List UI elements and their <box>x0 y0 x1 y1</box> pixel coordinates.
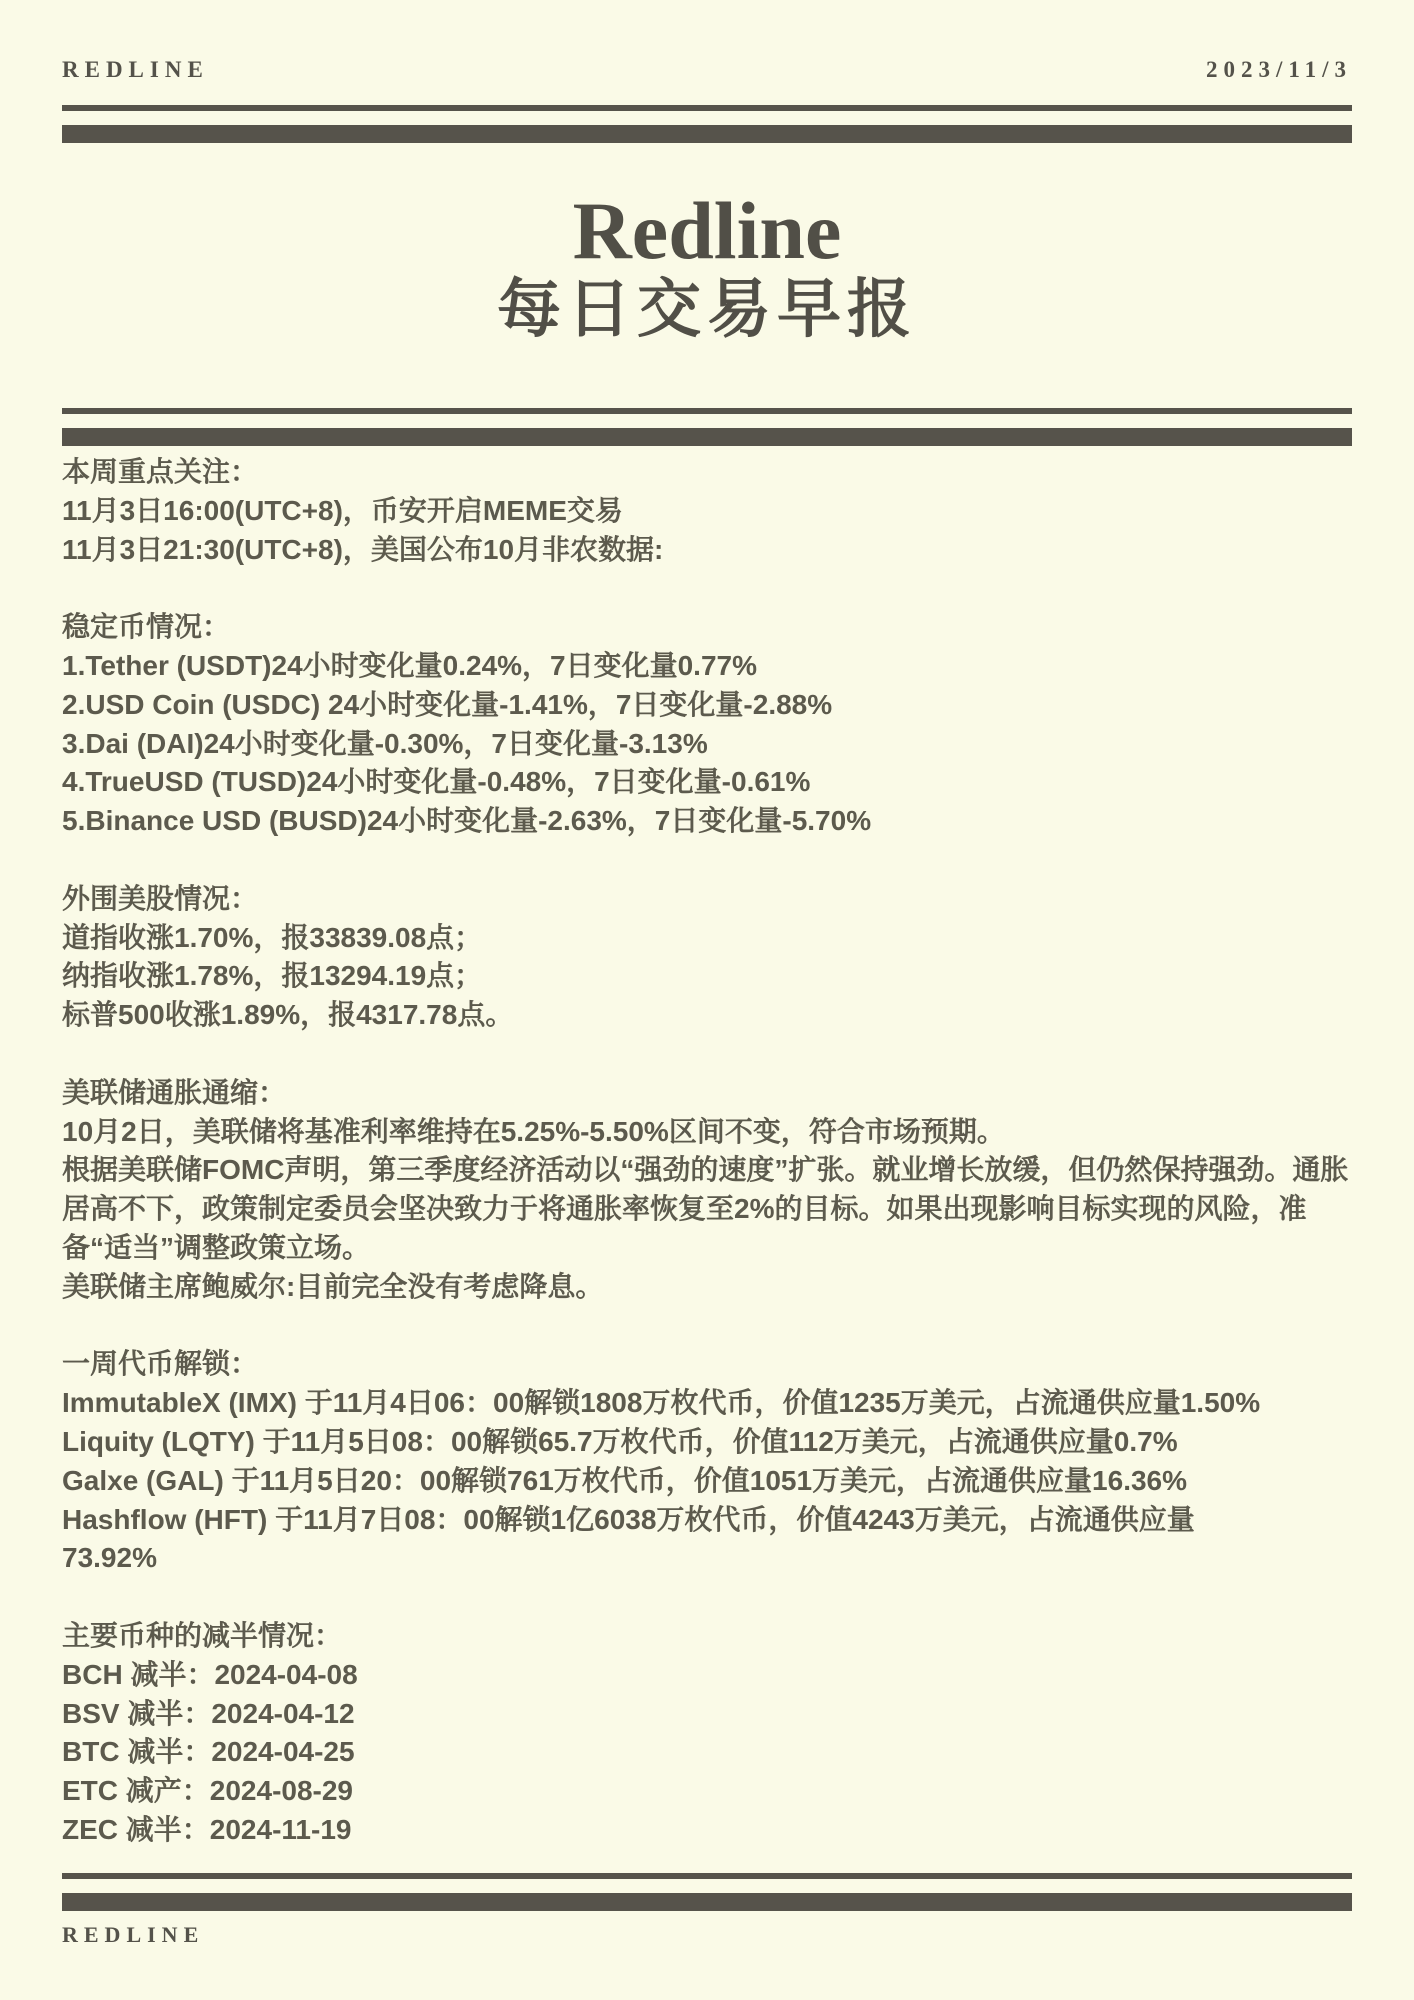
page-title-en: Redline <box>62 189 1352 273</box>
report-line: BTC 减半：2024-04-25 <box>62 1733 1352 1772</box>
section-us-stocks: 外围美股情况： 道指收涨1.70%，报33839.08点； 纳指收涨1.78%，… <box>62 880 1352 1035</box>
report-line: ETC 减产：2024-08-29 <box>62 1772 1352 1811</box>
section-heading: 美联储通胀通缩： <box>62 1074 1352 1113</box>
report-line: 4.TrueUSD (TUSD)24小时变化量-0.48%，7日变化量-0.61… <box>62 763 1352 802</box>
report-line: 纳指收涨1.78%，报13294.19点； <box>62 957 1352 996</box>
report-line: 10月2日，美联储将基准利率维持在5.25%-5.50%区间不变，符合市场预期。 <box>62 1113 1352 1152</box>
report-page: REDLINE 2023/11/3 Redline 每日交易早报 本周重点关注：… <box>0 0 1414 2000</box>
footer-divider-thin-rule <box>62 1873 1352 1879</box>
report-line: 2.USD Coin (USDC) 24小时变化量-1.41%，7日变化量-2.… <box>62 686 1352 725</box>
top-divider-thick-rule <box>62 125 1352 143</box>
footer: REDLINE <box>62 1873 1352 1947</box>
section-heading: 主要币种的减半情况： <box>62 1617 1352 1656</box>
report-line: 1.Tether (USDT)24小时变化量0.24%，7日变化量0.77% <box>62 647 1352 686</box>
report-line: BSV 减半：2024-04-12 <box>62 1695 1352 1734</box>
section-fed: 美联储通胀通缩： 10月2日，美联储将基准利率维持在5.25%-5.50%区间不… <box>62 1074 1352 1307</box>
section-halvings: 主要币种的减半情况： BCH 减半：2024-04-08 BSV 减半：2024… <box>62 1617 1352 1850</box>
report-line: 标普500收涨1.89%，报4317.78点。 <box>62 996 1352 1035</box>
report-line: Hashflow (HFT) 于11月7日08：00解锁1亿6038万枚代币，价… <box>62 1501 1352 1540</box>
report-line: 道指收涨1.70%，报33839.08点； <box>62 919 1352 958</box>
report-line: 73.92% <box>62 1539 1352 1578</box>
report-line: ZEC 减半：2024-11-19 <box>62 1811 1352 1850</box>
top-divider-thin-rule <box>62 105 1352 111</box>
masthead: REDLINE 2023/11/3 <box>62 0 1352 84</box>
report-line: 美联储主席鲍威尔:目前完全没有考虑降息。 <box>62 1268 1352 1307</box>
title-divider-thick-rule <box>62 428 1352 446</box>
report-line: 11月3日21:30(UTC+8)，美国公布10月非农数据: <box>62 531 1352 570</box>
report-line: 3.Dai (DAI)24小时变化量-0.30%，7日变化量-3.13% <box>62 725 1352 764</box>
section-heading: 外围美股情况： <box>62 880 1352 919</box>
section-heading: 一周代币解锁： <box>62 1345 1352 1384</box>
report-line: Liquity (LQTY) 于11月5日08：00解锁65.7万枚代币，价值1… <box>62 1423 1352 1462</box>
section-weekly-focus: 本周重点关注： 11月3日16:00(UTC+8)，币安开启MEME交易 11月… <box>62 453 1352 569</box>
report-line: 根据美联储FOMC声明，第三季度经济活动以“强劲的速度”扩张。就业增长放缓，但仍… <box>62 1151 1352 1267</box>
title-divider-thin-rule <box>62 408 1352 414</box>
section-heading: 本周重点关注： <box>62 453 1352 492</box>
report-line: 5.Binance USD (BUSD)24小时变化量-2.63%，7日变化量-… <box>62 802 1352 841</box>
report-line: Galxe (GAL) 于11月5日20：00解锁761万枚代币，价值1051万… <box>62 1462 1352 1501</box>
title-divider <box>62 408 1352 446</box>
footer-brand: REDLINE <box>62 1923 1352 1947</box>
report-body: 本周重点关注： 11月3日16:00(UTC+8)，币安开启MEME交易 11月… <box>62 453 1352 1850</box>
masthead-date: 2023/11/3 <box>1206 56 1352 84</box>
masthead-brand: REDLINE <box>62 56 209 84</box>
section-token-unlocks: 一周代币解锁： ImmutableX (IMX) 于11月4日06：00解锁18… <box>62 1345 1352 1578</box>
section-heading: 稳定币情况： <box>62 608 1352 647</box>
page-title-zh: 每日交易早报 <box>62 273 1352 345</box>
report-line: 11月3日16:00(UTC+8)，币安开启MEME交易 <box>62 492 1352 531</box>
report-line: BCH 减半：2024-04-08 <box>62 1656 1352 1695</box>
footer-divider-thick-rule <box>62 1893 1352 1911</box>
report-line: ImmutableX (IMX) 于11月4日06：00解锁1808万枚代币，价… <box>62 1384 1352 1423</box>
section-stablecoins: 稳定币情况： 1.Tether (USDT)24小时变化量0.24%，7日变化量… <box>62 608 1352 841</box>
top-divider <box>62 105 1352 143</box>
